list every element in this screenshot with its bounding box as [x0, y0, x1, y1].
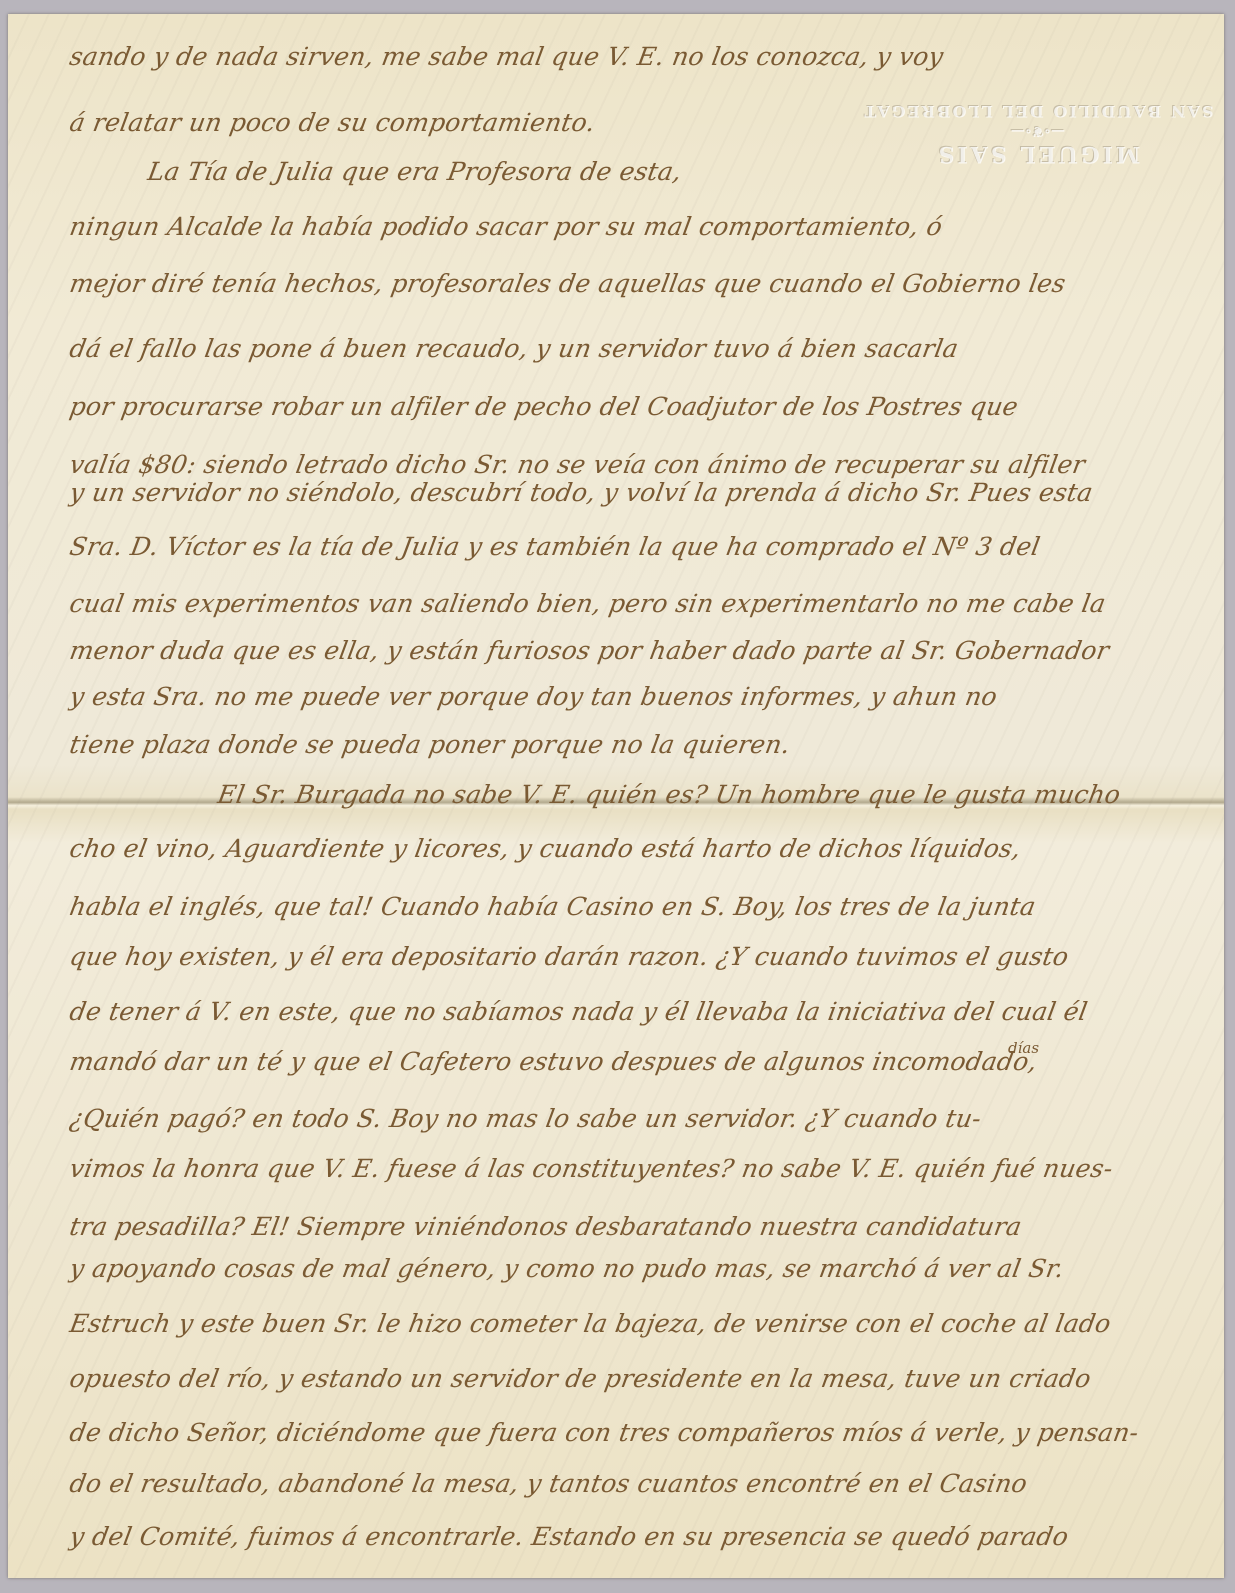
text-line: y del Comité, fuimos á encontrarle. Esta…	[67, 1522, 1196, 1551]
text-line: mejor diré tenía hechos, profesorales de…	[67, 269, 1196, 298]
text-line: y esta Sra. no me puede ver porque doy t…	[67, 682, 1196, 711]
text-line: ¿Quién pagó? en todo S. Boy no mas lo sa…	[67, 1104, 1196, 1133]
text-line: tiene plaza donde se pueda poner porque …	[67, 730, 1196, 759]
text-line: dá el fallo las pone á buen recaudo, y u…	[67, 334, 1196, 363]
text-line: cual mis experimentos van saliendo bien,…	[67, 589, 1196, 618]
letter-page: MIGUEL SAIS —∘❦∘— SAN BAUDILIO DEL LLOBR…	[8, 14, 1224, 1578]
text-line: á relatar un poco de su comportamiento.	[67, 108, 1196, 137]
text-line: vimos la honra que V. E. fuese á las con…	[67, 1154, 1196, 1183]
text-line: que hoy existen, y él era depositario da…	[67, 942, 1196, 971]
text-line: opuesto del río, y estando un servidor d…	[67, 1364, 1196, 1393]
text-line: cho el vino, Aguardiente y licores, y cu…	[67, 834, 1196, 863]
text-line: do el resultado, abandoné la mesa, y tan…	[67, 1469, 1196, 1498]
text-line: de tener á V. en este, que no sabíamos n…	[67, 997, 1196, 1026]
text-line: sando y de nada sirven, me sabe mal que …	[67, 42, 1196, 71]
text-line: mandó dar un té y que el Cafetero estuvo…	[67, 1047, 1196, 1076]
text-line: y apoyando cosas de mal género, y como n…	[67, 1254, 1196, 1283]
text-line: y un servidor no siéndolo, descubrí todo…	[67, 478, 1196, 507]
text-line: El Sr. Burgada no sabe V. E. quién es? U…	[215, 780, 1196, 809]
text-line: Sra. D. Víctor es la tía de Julia y es t…	[67, 532, 1196, 561]
text-line: Estruch y este buen Sr. le hizo cometer …	[67, 1309, 1196, 1338]
text-line: de dicho Señor, diciéndome que fuera con…	[67, 1418, 1196, 1447]
text-line: ningun Alcalde la había podido sacar por…	[67, 212, 1196, 241]
text-line: tra pesadilla? El! Siempre viniéndonos d…	[67, 1212, 1196, 1241]
text-line: valía $80: siendo letrado dicho Sr. no s…	[67, 450, 1196, 479]
text-line: habla el inglés, que tal! Cuando había C…	[67, 892, 1196, 921]
text-line: La Tía de Julia que era Profesora de est…	[145, 157, 1196, 186]
text-line: menor duda que es ella, y están furiosos…	[67, 636, 1196, 665]
text-line: por procurarse robar un alfiler de pecho…	[67, 392, 1196, 421]
